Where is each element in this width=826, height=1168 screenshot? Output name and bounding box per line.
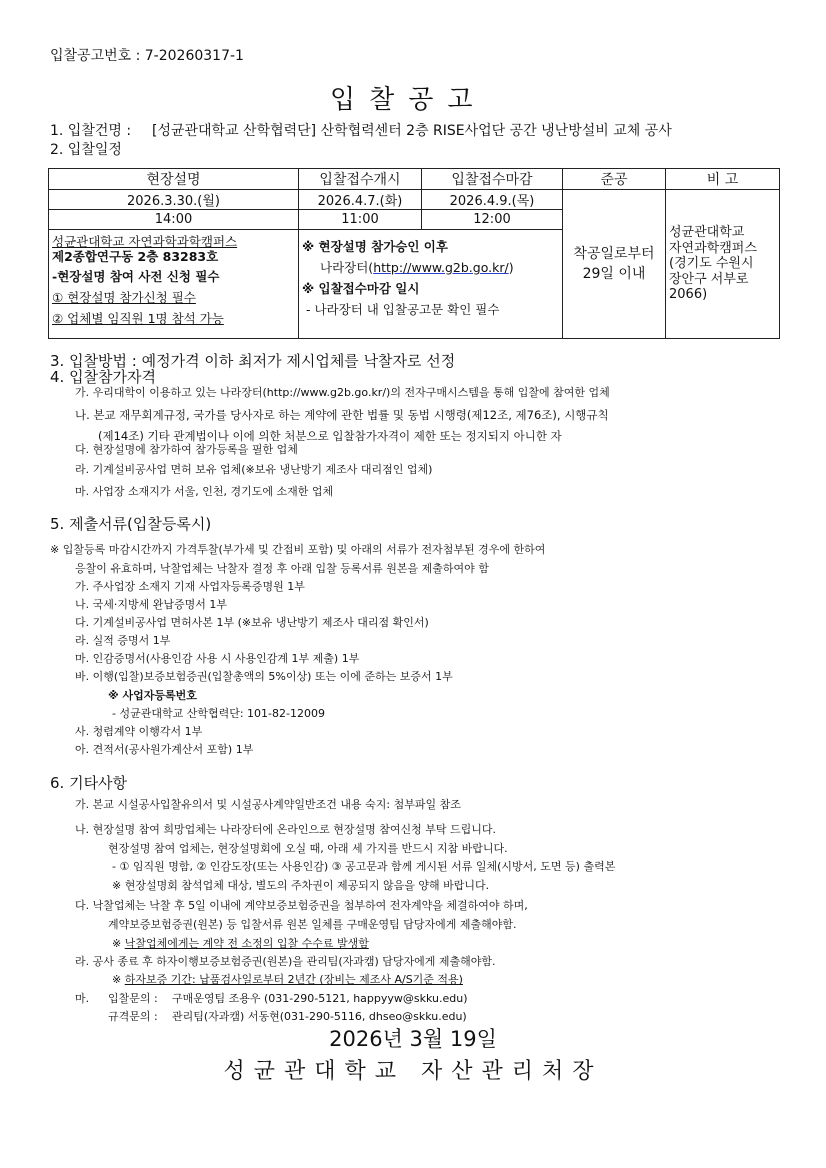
time-bid-close: 12:00: [422, 210, 563, 230]
section-4-item-ga: 가. 우리대학이 이용하고 있는 나라장터(http://www.g2b.go.…: [75, 384, 610, 400]
col-completion: 준공: [563, 169, 666, 190]
section-6-label: 6. 기타사항: [50, 772, 127, 793]
section-5-note-1: ※ 입찰등록 마감시간까지 가격투찰(부가세 및 간접비 포함) 및 아래의 서…: [50, 541, 545, 557]
contact-bid-value: 구매운영팀 조용우 (031-290-5121, happyyw@skku.ed…: [172, 990, 468, 1006]
section-5-item-da: 다. 기계설비공사업 면허사본 1부 (※보유 냉난방기 제조사 대리점 확인서…: [75, 614, 429, 630]
section-1-label: 1. 입찰건명 :: [50, 123, 131, 139]
remarks-line-1: 성균관대학교: [669, 225, 776, 241]
section-6-na-1: 나. 현장설명 참여 희망업체는 나라장터에 온라인으로 현장설명 참여신청 부…: [75, 821, 496, 837]
section-4-item-ma: 마. 사업장 소재지가 서울, 인천, 경기도에 소재한 업체: [75, 483, 333, 499]
section-5-note-2: 응찰이 유효하며, 낙찰업체는 낙찰자 결정 후 아래 입찰 등록서류 원본을 …: [75, 560, 489, 576]
section-5-item-ma: 마. 인감증명서(사용인감 사용 시 사용인감계 1부 제출) 1부: [75, 650, 359, 666]
bid-note-line-4: - 나라장터 내 입찰공고문 확인 필수: [302, 299, 559, 320]
section-6-da-1: 다. 낙찰업체는 낙찰 후 5일 이내에 계약보증보험증권을 첨부하여 전자계약…: [75, 897, 528, 913]
site-location-line-1: 성균관대학교 자연과학과학캠퍼스: [52, 234, 295, 249]
page-title: 입찰공고: [330, 79, 486, 116]
schedule-table: 현장설명 입찰접수개시 입찰접수마감 준공 비 고 2026.3.30.(월) …: [48, 168, 780, 339]
contact-spec-value: 관리팀(자과캠) 서동현(031-290-5116, dhseo@skku.ed…: [172, 1008, 467, 1024]
section-2-label: 2. 입찰일정: [50, 139, 122, 159]
announcement-date: 2026년 3월 19일: [0, 1023, 826, 1053]
date-bid-close: 2026.4.9.(목): [422, 190, 563, 210]
section-6-na-2: 현장설명 참여 업체는, 현장설명회에 오실 때, 아래 세 가지를 반드시 지…: [108, 840, 508, 856]
remarks-line-2: 자연과학캠퍼스: [669, 241, 776, 257]
section-6-na-3: - ① 임직원 명함, ② 인감도장(또는 사용인감) ③ 공고문과 함께 게시…: [112, 858, 615, 874]
biz-reg-value: - 성균관대학교 산학협력단: 101-82-12009: [112, 705, 325, 721]
section-5-item-ra: 라. 실적 증명서 1부: [75, 632, 170, 648]
warranty-note: 하자보증 기간: 납품검사일로부터 2년간 (장비는 제조사 A/S기준 적용): [125, 973, 463, 986]
bid-note-line-3: ※ 입찰접수마감 일시: [302, 278, 559, 299]
col-site-briefing: 현장설명: [49, 169, 299, 190]
date-bid-open: 2026.4.7.(화): [299, 190, 422, 210]
table-header-row: 현장설명 입찰접수개시 입찰접수마감 준공 비 고: [49, 169, 780, 190]
col-bid-open: 입찰접수개시: [299, 169, 422, 190]
time-bid-open: 11:00: [299, 210, 422, 230]
col-bid-close: 입찰접수마감: [422, 169, 563, 190]
section-5-item-a: 아. 견적서(공사원가계산서 포함) 1부: [75, 741, 253, 757]
notice-number: 입찰공고번호 : 7-20260317-1: [50, 45, 244, 65]
section-6-ga: 가. 본교 시설공사입찰유의서 및 시설공사계약일반조건 내용 숙지: 첨부파일…: [75, 796, 461, 812]
remarks-line-3: (경기도 수원시: [669, 256, 776, 272]
biz-reg-label: ※ 사업자등록번호: [108, 687, 197, 703]
section-5-item-sa: 사. 청렴계약 이행각서 1부: [75, 723, 202, 739]
time-site-briefing: 14:00: [49, 210, 299, 230]
section-6-da-3: ※ 낙찰업체에게는 계약 전 소정의 입찰 수수료 발생함: [112, 935, 369, 951]
site-location-line-4: ① 현장설명 참가신청 필수: [52, 287, 295, 308]
g2b-link[interactable]: http://www.g2b.go.kr/: [373, 260, 509, 275]
site-location-line-3: -현장설명 참여 사전 신청 필수: [52, 266, 295, 287]
section-6-da-2: 계약보증보험증권(원본) 등 입찰서류 원본 일체를 구매운영팀 담당자에게 제…: [108, 916, 516, 932]
section-6-na-4: ※ 현장설명회 참석업체 대상, 별도의 주차권이 제공되지 않음을 양해 바랍…: [112, 877, 489, 893]
table-row-dates: 2026.3.30.(월) 2026.4.7.(화) 2026.4.9.(목) …: [49, 190, 780, 210]
completion-line-2: 29일 이내: [566, 264, 662, 284]
section-4-item-ra: 라. 기계설비공사업 면허 보유 업체(※보유 냉난방기 제조사 대리점인 업체…: [75, 461, 432, 477]
bid-notes-cell: ※ 현장설명 참가승인 이후 나라장터(http://www.g2b.go.kr…: [299, 230, 563, 339]
section-5-item-ba: 바. 이행(입찰)보증보험증권(입찰총액의 5%이상) 또는 이에 준하는 보증…: [75, 668, 453, 684]
bid-title: [성균관대학교 산학협력단] 산학협력센터 2층 RISE사업단 공간 냉난방설…: [152, 123, 672, 139]
bid-note-line-1: ※ 현장설명 참가승인 이후: [302, 236, 559, 257]
section-5-item-na: 나. 국세·지방세 완납증명서 1부: [75, 596, 227, 612]
completion-line-1: 착공일로부터: [566, 244, 662, 264]
site-location-line-5: ② 업체별 임직원 1명 참석 가능: [52, 308, 295, 329]
site-location-line-2: 제2종합연구동 2층 83283호: [52, 249, 295, 264]
issuer-signature: 성균관대학교 자산관리처장: [0, 1054, 826, 1085]
note-mark: ※: [112, 973, 125, 986]
section-4-item-na: 나. 본교 재무회계규정, 국가를 당사자로 하는 계약에 관한 법률 및 동법…: [75, 407, 609, 423]
section-6-ra-1: 라. 공사 종료 후 하자이행보증보험증권(원본)을 관리팀(자과캠) 담당자에…: [75, 953, 496, 969]
section-5-item-ga: 가. 주사업장 소재지 기재 사업자등록증명원 1부: [75, 578, 305, 594]
section-5-label: 5. 제출서류(입찰등록시): [50, 513, 211, 534]
contact-spec-label: 규격문의 :: [108, 1008, 158, 1024]
col-remarks: 비 고: [666, 169, 780, 190]
site-location-cell: 성균관대학교 자연과학과학캠퍼스 제2종합연구동 2층 83283호 -현장설명…: [49, 230, 299, 339]
remarks-line-4: 장안구 서부로: [669, 272, 776, 288]
section-1: 1. 입찰건명 : [성균관대학교 산학협력단] 산학협력센터 2층 RISE사…: [50, 120, 672, 140]
section-6-ma-prefix: 마.: [75, 990, 89, 1006]
section-4-item-da: 다. 현장설명에 참가하여 참가등록을 필한 업체: [75, 441, 298, 457]
note-mark: ※: [112, 937, 125, 950]
bid-note-line-2: 나라장터(http://www.g2b.go.kr/): [302, 257, 559, 278]
bid-fee-note: 낙찰업체에게는 계약 전 소정의 입찰 수수료 발생함: [125, 937, 369, 950]
completion-cell: 착공일로부터 29일 이내: [563, 190, 666, 339]
bid-note-suffix: ): [509, 260, 514, 275]
remarks-line-5: 2066): [669, 287, 776, 303]
contact-bid-label: 입찰문의 :: [108, 990, 158, 1006]
section-6-ra-2: ※ 하자보증 기간: 납품검사일로부터 2년간 (장비는 제조사 A/S기준 적…: [112, 971, 463, 987]
remarks-cell: 성균관대학교 자연과학캠퍼스 (경기도 수원시 장안구 서부로 2066): [666, 190, 780, 339]
date-site-briefing: 2026.3.30.(월): [49, 190, 299, 210]
bid-note-prefix: 나라장터(: [320, 260, 373, 275]
